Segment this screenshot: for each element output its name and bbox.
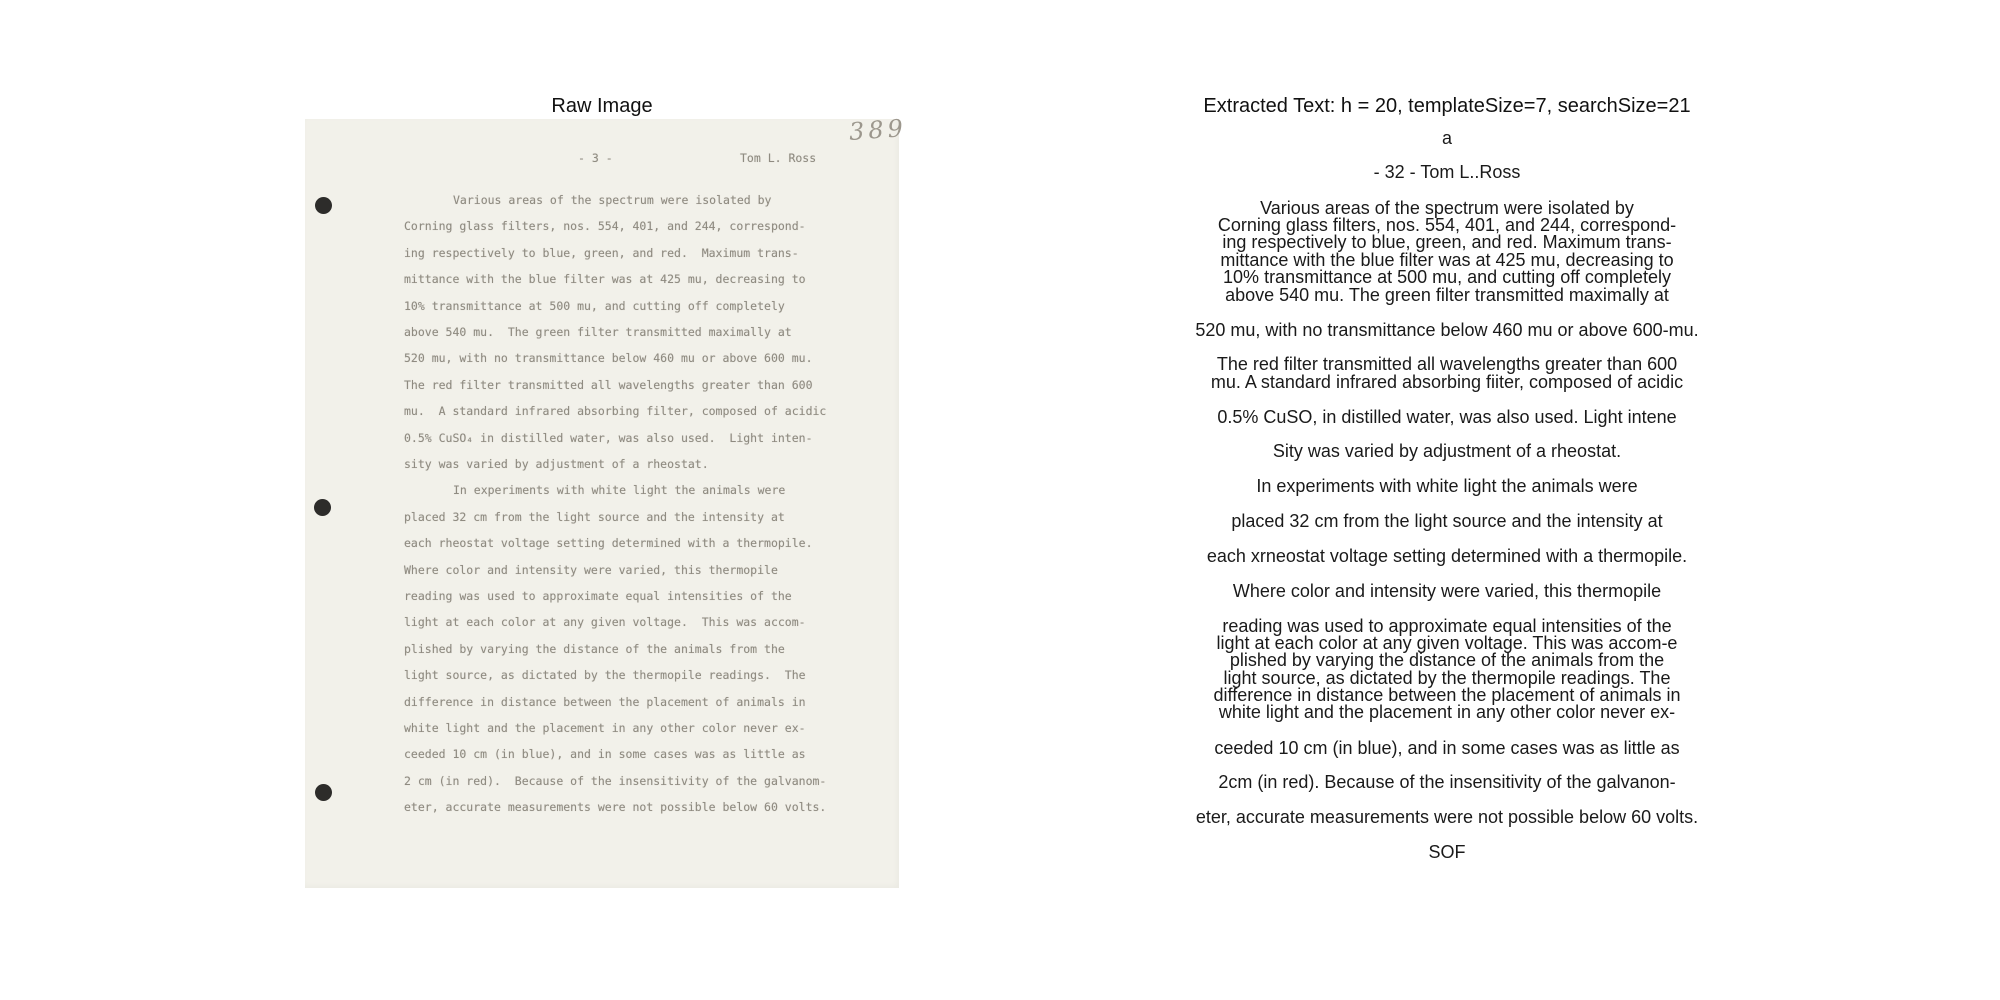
typed-line: Various areas of the spectrum were isola… [453,193,772,207]
extracted-line: Where color and intensity were varied, t… [1233,580,1661,602]
typed-line: reading was used to approximate equal in… [404,589,792,603]
extracted-line: 2cm (in red). Because of the insensitivi… [1218,771,1675,793]
extracted-line: - 32 - Tom L..Ross [1374,161,1521,183]
extracted-line: SOF [1428,841,1465,863]
typed-line: placed 32 cm from the light source and t… [404,510,785,524]
hole-punch-dot [315,197,332,214]
raw-image-title: Raw Image [551,96,652,116]
typed-line: white light and the placement in any oth… [404,721,806,735]
typed-line: each rheostat voltage setting determined… [404,536,813,550]
typed-line: light source, as dictated by the thermop… [404,668,806,682]
typed-line: sity was varied by adjustment of a rheos… [404,457,709,471]
typed-line: 10% transmittance at 500 mu, and cutting… [404,299,785,313]
handwritten-page-number: 389 [848,116,907,144]
ocr-comparison-view: Raw Image - 3 - Tom L. Ross 389 Various … [0,0,2000,1000]
extracted-line: 520 mu, with no transmittance below 460 … [1195,319,1698,341]
typed-line: light at each color at any given voltage… [404,615,806,629]
extracted-line: ceeded 10 cm (in blue), and in some case… [1214,737,1679,759]
typed-line: ceeded 10 cm (in blue), and in some case… [404,747,806,761]
typed-line: The red filter transmitted all wavelengt… [404,378,813,392]
scanned-page [305,119,899,888]
hole-punch-dot [315,784,332,801]
typed-line: Corning glass filters, nos. 554, 401, an… [404,219,806,233]
typed-line: plished by varying the distance of the a… [404,642,785,656]
extracted-line: eter, accurate measurements were not pos… [1196,806,1698,828]
extracted-line: white light and the placement in any oth… [1219,701,1675,723]
typed-line: mu. A standard infrared absorbing filter… [404,404,826,418]
typed-line: eter, accurate measurements were not pos… [404,800,826,814]
hole-punch-dot [314,499,331,516]
page-number: - 3 - [578,151,613,165]
extracted-text-title: Extracted Text: h = 20, templateSize=7, … [1203,96,1690,116]
extracted-line: mu. A standard infrared absorbing fiiter… [1211,371,1683,393]
typed-line: Where color and intensity were varied, t… [404,563,778,577]
typed-line: 2 cm (in red). Because of the insensitiv… [404,774,826,788]
typed-line: above 540 mu. The green filter transmitt… [404,325,792,339]
typed-line: difference in distance between the place… [404,695,806,709]
typed-line: In experiments with white light the anim… [453,483,785,497]
extracted-line: In experiments with white light the anim… [1256,475,1637,497]
typed-line: 520 mu, with no transmittance below 460 … [404,351,813,365]
typed-line: 0.5% CuSO₄ in distilled water, was also … [404,431,813,445]
extracted-line: a [1442,127,1452,149]
author-name: Tom L. Ross [740,151,816,165]
extracted-line: 0.5% CuSO, in distilled water, was also … [1217,406,1676,428]
typed-line: ing respectively to blue, green, and red… [404,246,799,260]
extracted-line: placed 32 cm from the light source and t… [1231,510,1662,532]
extracted-line: above 540 mu. The green filter transmitt… [1225,284,1669,306]
typed-line: mittance with the blue filter was at 425… [404,272,806,286]
extracted-line: Sity was varied by adjustment of a rheos… [1273,440,1621,462]
extracted-line: each xrneostat voltage setting determine… [1207,545,1687,567]
